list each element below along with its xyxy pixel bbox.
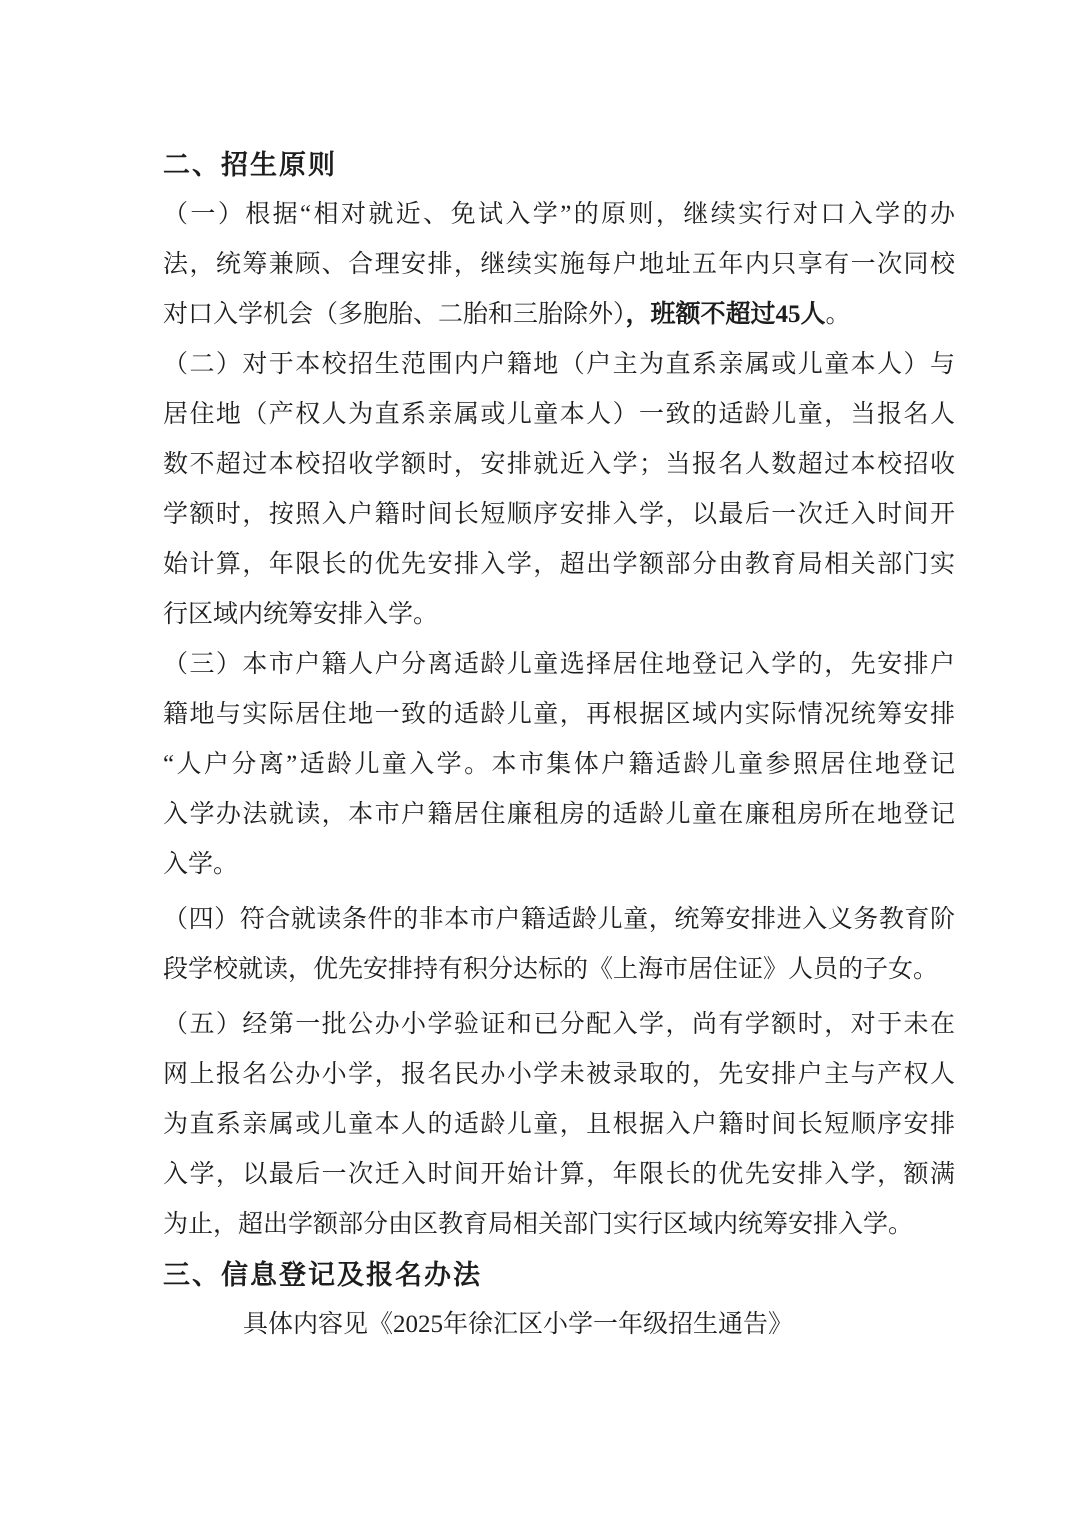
- text-line: 为止，超出学额部分由区教育局相关部门实行区域内统筹安排入学。: [163, 1200, 955, 1250]
- section-3-note: 具体内容见《2025年徐汇区小学一年级招生通告》: [163, 1300, 955, 1350]
- text-line: 入学办法就读，本市户籍居住廉租房的适龄儿童在廉租房所在地登记: [163, 790, 955, 840]
- text-line: 对口入学机会（多胞胎、二胎和三胎除外），班额不超过45人。: [163, 290, 955, 340]
- paragraph-5: （五）经第一批公办小学验证和已分配入学，尚有学额时，对于未在 网上报名公办小学，…: [163, 1000, 955, 1250]
- text-line: 数不超过本校招收学额时，安排就近入学；当报名人数超过本校招收: [163, 440, 955, 490]
- text-line: 籍地与实际居住地一致的适龄儿童，再根据区域内实际情况统筹安排: [163, 690, 955, 740]
- text-line: 学额时，按照入户籍时间长短顺序安排入学，以最后一次迁入时间开: [163, 490, 955, 540]
- text-line: 始计算，年限长的优先安排入学，超出学额部分由教育局相关部门实: [163, 540, 955, 590]
- section-3-heading: 三、信息登记及报名办法: [163, 1250, 955, 1300]
- text-line: 网上报名公办小学，报名民办小学未被录取的，先安排户主与产权人: [163, 1050, 955, 1100]
- text-line: 为直系亲属或儿童本人的适龄儿童，且根据入户籍时间长短顺序安排: [163, 1100, 955, 1150]
- bold-emphasis: ，班额不超过45人: [626, 301, 826, 328]
- text-segment: 。: [826, 301, 851, 328]
- text-line: （一）根据“相对就近、免试入学”的原则，继续实行对口入学的办: [163, 190, 955, 240]
- text-line: （三）本市户籍人户分离适龄儿童选择居住地登记入学的，先安排户: [163, 640, 955, 690]
- text-line: 入学。: [163, 840, 955, 890]
- text-segment: 对口入学机会（多胞胎、二胎和三胎除外）: [163, 301, 626, 328]
- paragraph-4: （四）符合就读条件的非本市户籍适龄儿童，统筹安排进入义务教育阶 段学校就读，优先…: [163, 895, 955, 995]
- text-line: （二）对于本校招生范围内户籍地（户主为直系亲属或儿童本人）与: [163, 340, 955, 390]
- document-page: 二、招生原则 （一）根据“相对就近、免试入学”的原则，继续实行对口入学的办 法，…: [0, 0, 1080, 1531]
- text-line: 入学，以最后一次迁入时间开始计算，年限长的优先安排入学，额满: [163, 1150, 955, 1200]
- section-2-heading: 二、招生原则: [163, 140, 955, 190]
- text-line: 行区域内统筹安排入学。: [163, 590, 955, 640]
- paragraph-1: （一）根据“相对就近、免试入学”的原则，继续实行对口入学的办 法，统筹兼顾、合理…: [163, 190, 955, 340]
- text-line: （四）符合就读条件的非本市户籍适龄儿童，统筹安排进入义务教育阶: [163, 895, 955, 945]
- paragraph-2: （二）对于本校招生范围内户籍地（户主为直系亲属或儿童本人）与 居住地（产权人为直…: [163, 340, 955, 640]
- text-line: “人户分离”适龄儿童入学。本市集体户籍适龄儿童参照居住地登记: [163, 740, 955, 790]
- text-line: （五）经第一批公办小学验证和已分配入学，尚有学额时，对于未在: [163, 1000, 955, 1050]
- text-line: 法，统筹兼顾、合理安排，继续实施每户地址五年内只享有一次同校: [163, 240, 955, 290]
- text-line: 居住地（产权人为直系亲属或儿童本人）一致的适龄儿童，当报名人: [163, 390, 955, 440]
- paragraph-3: （三）本市户籍人户分离适龄儿童选择居住地登记入学的，先安排户 籍地与实际居住地一…: [163, 640, 955, 890]
- text-line: 段学校就读，优先安排持有积分达标的《上海市居住证》人员的子女。: [163, 945, 955, 995]
